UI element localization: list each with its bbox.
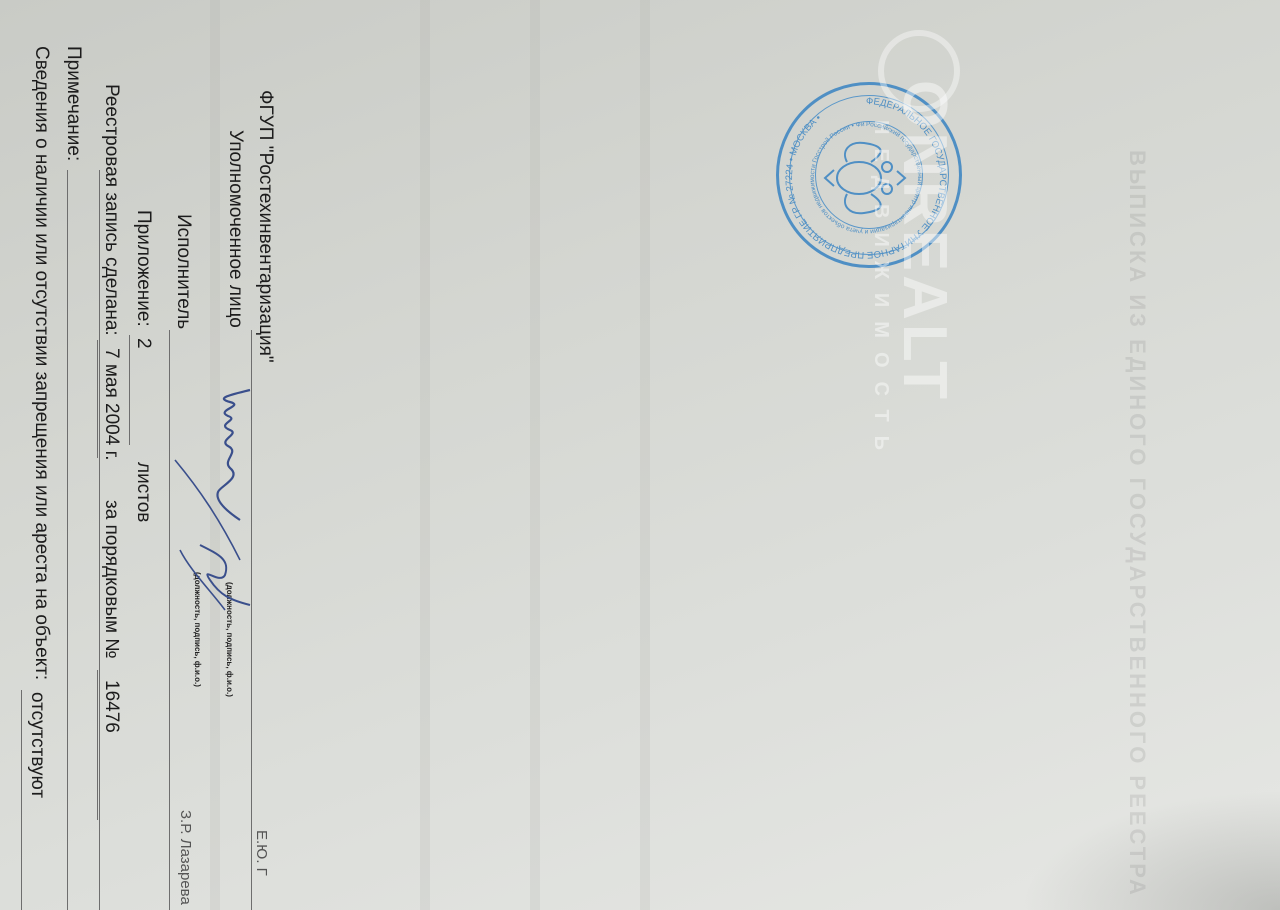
note-label: Примечание: bbox=[62, 46, 84, 161]
underline bbox=[129, 335, 130, 445]
watermark-tagline: НЕДВИЖИМОСТЬ bbox=[869, 120, 892, 464]
executor-name: З.Р. Лазарева bbox=[177, 810, 194, 905]
executor-label: Исполнитель bbox=[172, 214, 194, 329]
registry-date: 7 мая 2004 г. bbox=[100, 348, 122, 460]
underline bbox=[97, 670, 98, 820]
encumbrance-label: Сведения о наличии или отсутствии запрещ… bbox=[30, 46, 52, 680]
registry-number-label: за порядковым № bbox=[100, 500, 122, 659]
document-sheet: ВЫПИСКА ИЗ ЕДИНОГО ГОСУДАРСТВЕННОГО РЕЕС… bbox=[0, 0, 1280, 910]
signature bbox=[160, 360, 270, 620]
authorized-org: ФГУП "Ростехинвентаризация" bbox=[254, 90, 276, 363]
underline bbox=[21, 690, 22, 910]
authorized-name: Е.Ю. Г bbox=[253, 830, 270, 876]
underline bbox=[97, 340, 98, 458]
registry-label: Реестровая запись сделана: bbox=[100, 84, 122, 336]
ghost-heading: ВЫПИСКА ИЗ ЕДИНОГО ГОСУДАРСТВЕННОГО РЕЕС… bbox=[1124, 150, 1150, 898]
note-line bbox=[67, 170, 68, 910]
encumbrance-value: отсутствуют bbox=[26, 692, 48, 798]
appendix-unit: листов bbox=[132, 462, 154, 522]
watermark-brand: ONREALT bbox=[889, 80, 960, 403]
registry-number: 16476 bbox=[100, 680, 122, 733]
appendix-count: 2 bbox=[132, 338, 154, 349]
authorized-label: Уполномоченное лицо bbox=[224, 130, 246, 328]
appendix-label: Приложение: bbox=[132, 210, 154, 327]
